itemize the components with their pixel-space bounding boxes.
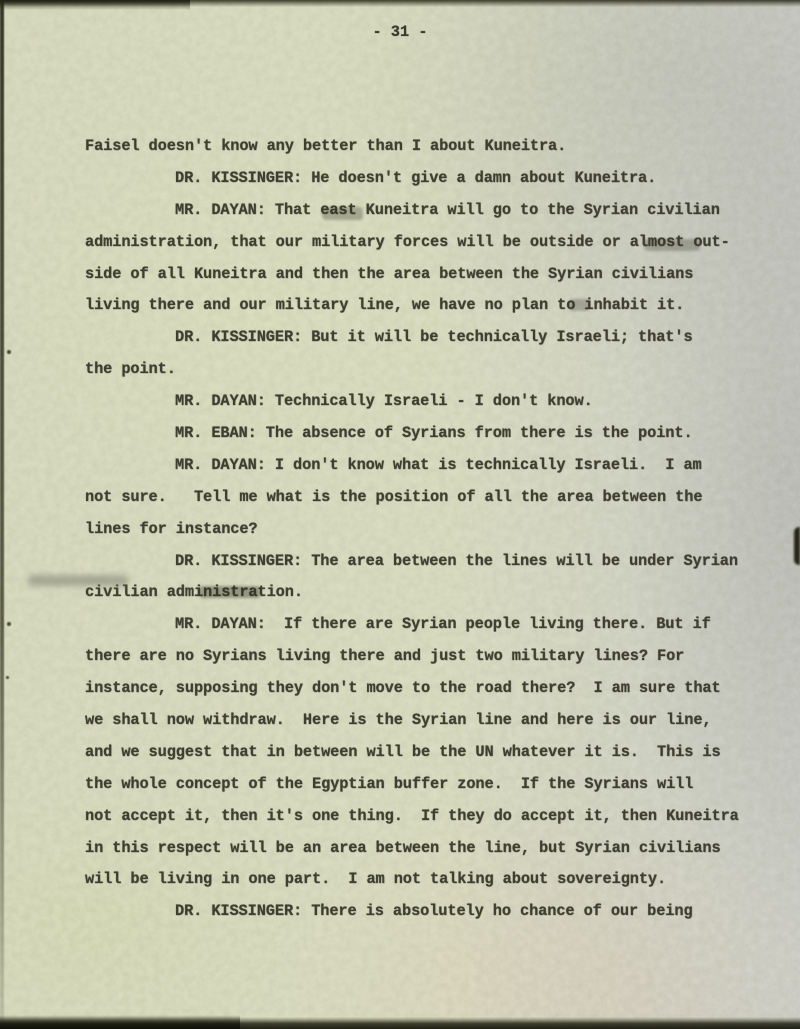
transcript-line: living there and our military line, we h… [85,290,765,322]
transcript-line: MR. EBAN: The absence of Syrians from th… [85,418,765,450]
transcript-line: the point. [85,354,765,386]
transcript-line: we shall now withdraw. Here is the Syria… [85,705,765,737]
scan-speck [7,350,11,354]
transcript-line: DR. KISSINGER: But it will be technicall… [85,322,765,354]
transcript-line: and we suggest that in between will be t… [85,737,765,769]
transcript-line: lines for instance? [85,514,765,546]
transcript-line: will be living in one part. I am not tal… [85,864,765,896]
scan-edge-top-left [0,0,190,10]
transcript-line: side of all Kuneitra and then the area b… [85,259,765,291]
transcript-line: MR. DAYAN: That east Kuneitra will go to… [85,195,765,227]
transcript-line: the whole concept of the Egyptian buffer… [85,769,765,801]
transcript-line: DR. KISSINGER: The area between the line… [85,546,765,578]
transcript-line: there are no Syrians living there and ju… [85,641,765,673]
transcript-line: not accept it, then it's one thing. If t… [85,801,765,833]
scan-edge-bottom-left [0,1015,240,1029]
transcript-line: civilian administration. [85,577,765,609]
transcript-line: MR. DAYAN: I don't know what is technica… [85,450,765,482]
transcript-line: DR. KISSINGER: He doesn't give a damn ab… [85,163,765,195]
transcript-line: in this respect will be an area between … [85,833,765,865]
scan-speck [7,622,11,626]
transcript-line: administration, that our military forces… [85,227,765,259]
scan-speck [6,676,9,679]
scanned-document-page: - 31 - Faisel doesn't know any better th… [0,0,800,1029]
transcript-line: DR. KISSINGER: There is absolutely ho ch… [85,896,765,928]
transcript-line: instance, supposing they don't move to t… [85,673,765,705]
transcript-text-block: Faisel doesn't know any better than I ab… [85,131,765,928]
transcript-line: MR. DAYAN: Technically Israeli - I don't… [85,386,765,418]
transcript-line: Faisel doesn't know any better than I ab… [85,131,765,163]
scan-edge-left [0,0,4,1029]
transcript-line: MR. DAYAN: If there are Syrian people li… [85,609,765,641]
page-number: - 31 - [0,22,800,42]
scan-blob-right-edge [794,527,800,565]
transcript-line: not sure. Tell me what is the position o… [85,482,765,514]
